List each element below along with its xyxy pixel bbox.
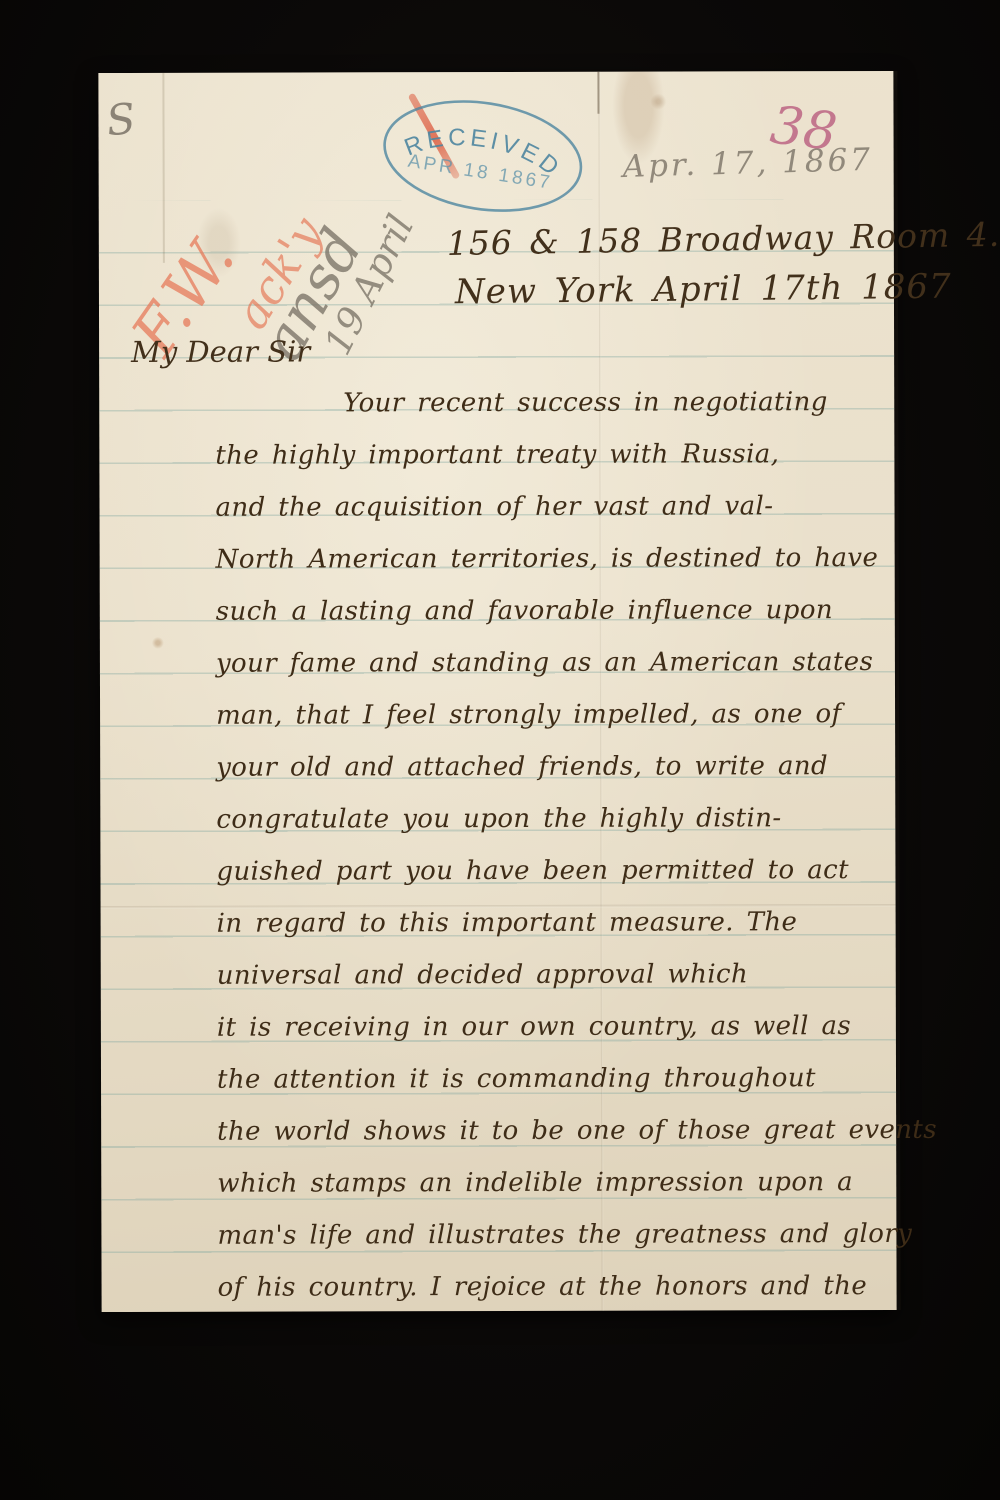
letter-line: the attention it is commanding throughou…: [217, 1052, 892, 1106]
letter-line: man, that I feel strongly impelled, as o…: [216, 688, 891, 742]
address-line: 156 & 158 Broadway Room 4.: [447, 215, 1000, 263]
letter-line: your fame and standing as an American st…: [216, 636, 891, 690]
letter-line: your old and attached friends, to write …: [216, 740, 891, 794]
letter-paper: S F.W. ack'y ansd 19 April RECEIVED APR …: [98, 71, 896, 1312]
letter-line: in regard to this important measure. The: [217, 896, 892, 950]
letter-line: the world shows it to be one of those gr…: [217, 1104, 892, 1158]
letter-line: of his country. I rejoice at the honors …: [217, 1260, 892, 1314]
vertical-fold-crease-top: [597, 72, 599, 114]
letter-line: universal and decided approval which: [217, 948, 892, 1002]
letter-line: which stamps an indelible impression upo…: [217, 1156, 892, 1210]
letter-line: it is receiving in our own country, as w…: [217, 1000, 892, 1054]
letter-line: North American territories, is destined …: [216, 532, 891, 586]
sorter-letter-annotation: S: [104, 94, 138, 146]
salutation: My Dear Sir: [131, 334, 310, 368]
letter-line: and the acquisition of her vast and val-: [215, 480, 890, 534]
letter-line: congratulate you upon the highly distin-: [216, 792, 891, 846]
letter-line: guished part you have been permitted to …: [216, 844, 891, 898]
letter-body: Your recent success in negotiating the h…: [215, 376, 892, 1314]
vertical-fold-crease-left: [162, 73, 164, 263]
letter-line: Your recent success in negotiating: [215, 376, 890, 430]
received-stamp: RECEIVED APR 18 1867: [368, 80, 596, 233]
letter-line: man's life and illustrates the greatness…: [217, 1208, 892, 1262]
pencil-date-annotation: Apr. 17, 1867: [622, 142, 873, 185]
letter-line: the highly important treaty with Russia,: [215, 428, 890, 482]
letter-line: such a lasting and favorable influence u…: [216, 584, 891, 638]
dateline: New York April 17th 1867: [455, 267, 952, 313]
